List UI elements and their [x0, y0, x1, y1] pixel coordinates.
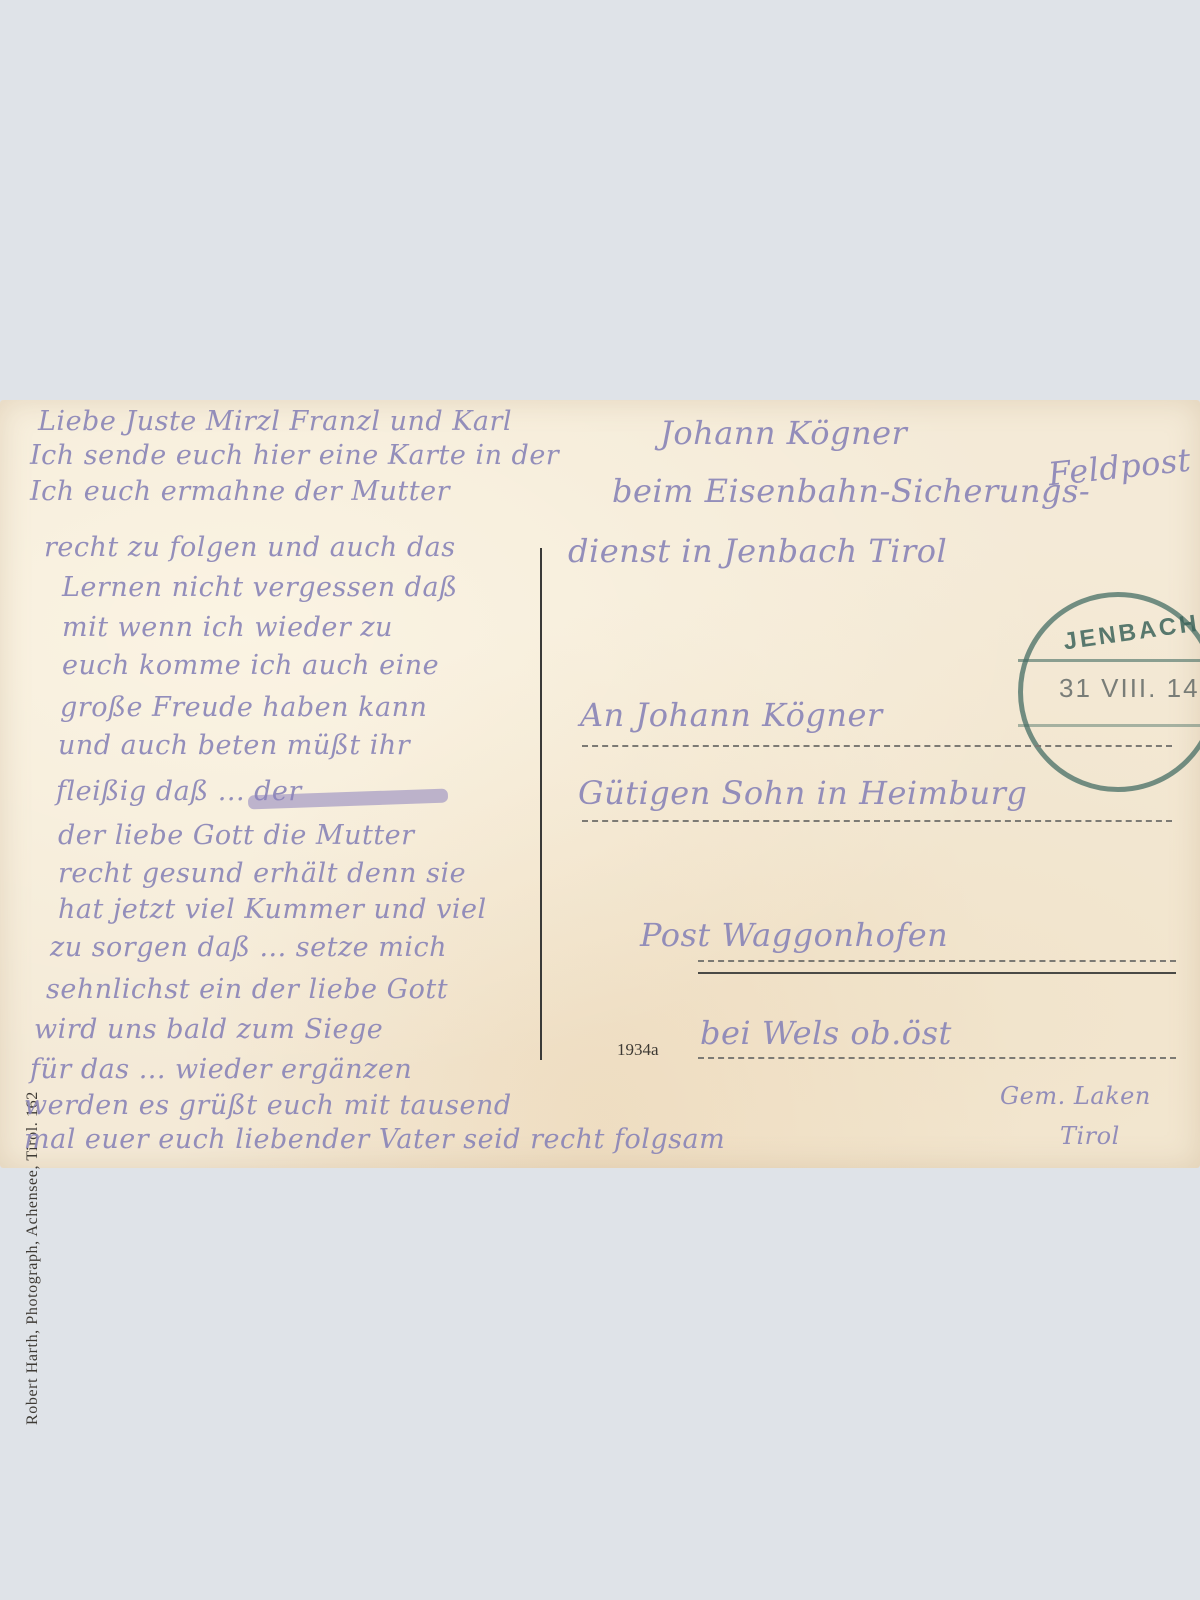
- sender-line: dienst in Jenbach Tirol: [568, 532, 947, 570]
- address-dotted-line: [698, 960, 1176, 962]
- address-dotted-line: [582, 820, 1172, 822]
- postmark-town: JENBACH: [1062, 610, 1200, 657]
- postcard-back: Robert Harth, Photograph, Achensee, Tiro…: [0, 400, 1200, 1168]
- address-dotted-line: [698, 1057, 1176, 1059]
- corner-note-line: Tirol: [1060, 1122, 1120, 1150]
- sender-side-note: Feldpost: [1046, 441, 1192, 494]
- message-line: der liebe Gott die Mutter: [58, 820, 415, 851]
- message-line: wird uns bald zum Siege: [34, 1014, 383, 1045]
- corner-note-line: Gem. Laken: [1000, 1082, 1151, 1110]
- print-number: 1934a: [617, 1040, 659, 1060]
- address-dotted-line: [582, 745, 1172, 747]
- postmark-stamp: JENBACH 31 VIII. 14: [1018, 592, 1200, 792]
- message-line: recht gesund erhält denn sie: [58, 858, 466, 889]
- message-line: und auch beten müßt ihr: [58, 730, 410, 761]
- message-line: recht zu folgen und auch das: [44, 532, 456, 563]
- message-line: mal euer euch liebender Vater seid recht…: [24, 1124, 725, 1155]
- message-line: zu sorgen daß ... setze mich: [50, 932, 447, 963]
- sender-line: Johann Kögner: [660, 414, 907, 452]
- address-line: Gütigen Sohn in Heimburg: [578, 774, 1027, 812]
- message-line: Ich sende euch hier eine Karte in der: [30, 440, 559, 471]
- sender-line: beim Eisenbahn-Sicherungs-: [612, 472, 1090, 510]
- message-line: sehnlichst ein der liebe Gott: [46, 974, 448, 1005]
- message-line: Lernen nicht vergessen daß: [62, 572, 458, 603]
- address-underline: [698, 972, 1176, 974]
- address-line: bei Wels ob.öst: [700, 1014, 952, 1052]
- address-line: Post Waggonhofen: [640, 916, 948, 954]
- message-line: für das ... wieder ergänzen: [30, 1054, 412, 1085]
- postmark-date: 31 VIII. 14: [1059, 673, 1200, 704]
- message-line: Liebe Juste Mirzl Franzl und Karl: [38, 406, 512, 437]
- address-line: An Johann Kögner: [580, 696, 883, 734]
- message-line: hat jetzt viel Kummer und viel: [58, 894, 487, 925]
- message-line: mit wenn ich wieder zu: [62, 612, 393, 643]
- message-line: große Freude haben kann: [60, 692, 427, 723]
- message-line: Ich euch ermahne der Mutter: [30, 476, 450, 507]
- message-address-divider: [540, 548, 542, 1060]
- message-line: werden es grüßt euch mit tausend: [24, 1090, 512, 1121]
- message-line: euch komme ich auch eine: [62, 650, 439, 681]
